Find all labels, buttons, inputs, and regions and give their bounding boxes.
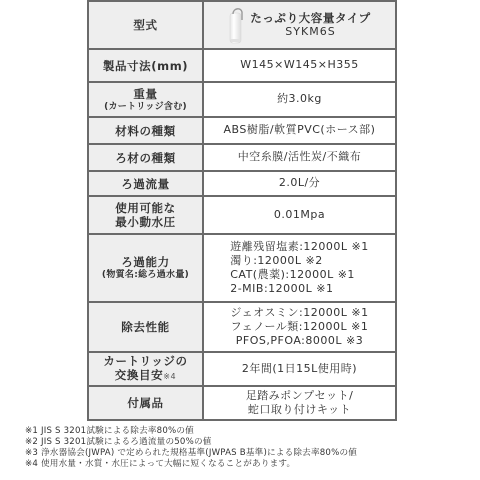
model-code: SYKM6S [250,25,370,39]
table-row-dimensions: 製品寸法(mm) W145×W145×H355 [88,49,396,82]
label-removal-performance: 除去性能 [88,302,203,352]
value-flow-rate: 2.0L/分 [203,171,396,196]
label-materials: 材料の種類 [88,117,203,144]
value-min-pressure: 0.01Mpa [203,196,396,234]
label-min-pressure: 使用可能な 最小動水圧 [88,196,203,234]
value-removal-performance: ジェオスミン:12000L ※1 フェノール類:12000L ※1 PFOS,P… [203,302,396,352]
model-title: たっぷり大容量タイプ [250,11,370,25]
label-cartridge-line-2-text: 交換目安 [115,368,163,382]
footnote-2: ※2 JIS S 3201試験によるろ過流量の50%の値 [25,437,475,448]
table-row-flow-rate: ろ過流量 2.0L/分 [88,171,396,196]
removal-line-1: ジェオスミン:12000L ※1 [204,306,395,320]
value-weight: 約3.0kg [203,82,396,117]
value-materials: ABS樹脂/軟質PVC(ホース部) [203,117,396,144]
label-cartridge-line-2: 交換目安※4 [89,368,202,384]
value-cartridge-replacement: 2年間(1日15L使用時) [203,352,396,386]
capacity-line-4: 2-MIB:12000L ※1 [230,282,369,296]
capacity-line-3: CAT(農薬):12000L ※1 [230,268,369,282]
table-row-removal-performance: 除去性能 ジェオスミン:12000L ※1 フェノール類:12000L ※1 P… [88,302,396,352]
table-row-weight: 重量 (カートリッジ含む) 約3.0kg [88,82,396,117]
table-row-min-pressure: 使用可能な 最小動水圧 0.01Mpa [88,196,396,234]
capacity-line-1: 遊離残留塩素:12000L ※1 [230,240,369,254]
value-dimensions: W145×W145×H355 [203,49,396,82]
label-model: 型式 [88,1,203,49]
value-filter-media: 中空糸膜/活性炭/不織布 [203,144,396,171]
table-row-cartridge-replacement: カートリッジの 交換目安※4 2年間(1日15L使用時) [88,352,396,386]
label-weight-sub: (カートリッジ含む) [89,101,202,113]
value-accessories: 足踏みポンプセット/ 蛇口取り付けキット [203,386,396,420]
removal-line-2: フェノール類:12000L ※1 [204,320,395,334]
label-weight-main: 重量 [89,87,202,101]
label-filtration-capacity-sub: (物質名:総ろ過水量) [89,269,202,281]
value-filtration-capacity: 遊離残留塩素:12000L ※1 濁り:12000L ※2 CAT(農薬):12… [203,234,396,302]
footnotes: ※1 JIS S 3201試験による除去率80%の値 ※2 JIS S 3201… [25,426,475,470]
water-filter-product-image [228,6,244,44]
accessories-line-1: 足踏みポンプセット/ [204,389,395,403]
removal-line-3: PFOS,PFOA:8000L ※3 [204,334,395,348]
label-dimensions: 製品寸法(mm) [88,49,203,82]
table-row-filter-media: ろ材の種類 中空糸膜/活性炭/不織布 [88,144,396,171]
model-text: たっぷり大容量タイプ SYKM6S [250,11,370,39]
label-cartridge-note: ※4 [163,372,176,381]
label-weight: 重量 (カートリッジ含む) [88,82,203,117]
spec-table: 型式 [87,0,397,421]
capacity-line-2: 濁り:12000L ※2 [230,254,369,268]
accessories-line-2: 蛇口取り付けキット [204,403,395,417]
table-row-filtration-capacity: ろ過能力 (物質名:総ろ過水量) 遊離残留塩素:12000L ※1 濁り:120… [88,234,396,302]
table-row-materials: 材料の種類 ABS樹脂/軟質PVC(ホース部) [88,117,396,144]
label-accessories: 付属品 [88,386,203,420]
label-filtration-capacity: ろ過能力 (物質名:総ろ過水量) [88,234,203,302]
footnote-4: ※4 使用水量・水質・水圧によって大幅に短くなることがあります。 [25,459,475,470]
value-model: たっぷり大容量タイプ SYKM6S [203,1,396,49]
label-filtration-capacity-main: ろ過能力 [89,255,202,269]
label-flow-rate: ろ過流量 [88,171,203,196]
table-row-accessories: 付属品 足踏みポンプセット/ 蛇口取り付けキット [88,386,396,420]
footnote-1: ※1 JIS S 3201試験による除去率80%の値 [25,426,475,437]
label-min-pressure-line-2: 最小動水圧 [89,215,202,229]
label-min-pressure-line-1: 使用可能な [89,201,202,215]
label-filter-media: ろ材の種類 [88,144,203,171]
label-cartridge-line-1: カートリッジの [89,354,202,368]
table-row-model: 型式 [88,1,396,49]
label-cartridge-replacement: カートリッジの 交換目安※4 [88,352,203,386]
footnote-3: ※3 浄水器協会(JWPA) で定められた規格基準(JWPAS B基準)による除… [25,448,475,459]
